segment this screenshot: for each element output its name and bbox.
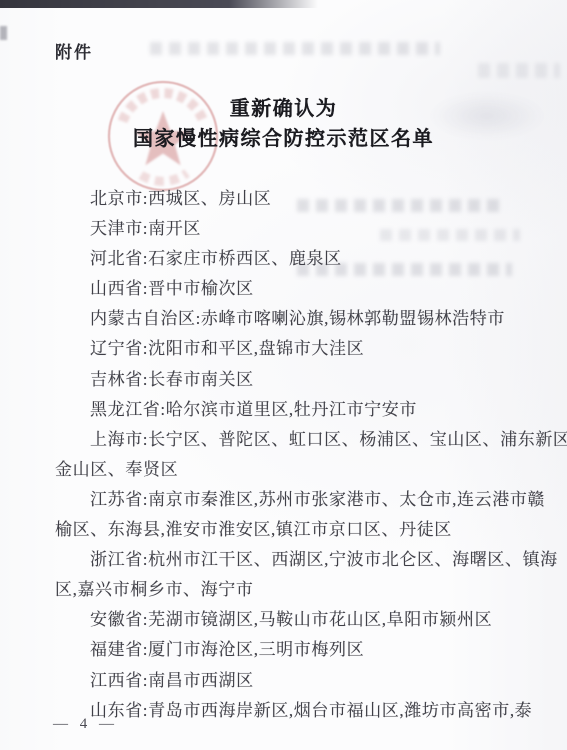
list-line: 天津市:南开区 <box>55 214 515 244</box>
list-line: 浙江省:杭州市江干区、西湖区,宁波市北仑区、海曙区、镇海 <box>55 545 515 575</box>
document-title-line2: 国家慢性病综合防控示范区名单 <box>0 122 567 151</box>
list-line: 北京市:西城区、房山区 <box>55 184 515 214</box>
attachment-label: 附件 <box>55 38 93 63</box>
document-title-line1: 重新确认为 <box>0 92 567 121</box>
list-line-continuation: 榆区、东海县,淮安市淮安区,镇江市京口区、丹徒区 <box>55 515 515 545</box>
list-line: 黑龙江省:哈尔滨市道里区,牡丹江市宁安市 <box>55 395 515 425</box>
list-line-continuation: 金山区、奉贤区 <box>55 455 515 485</box>
bleedthrough-text-artifact <box>150 42 440 55</box>
scanned-document-page: 附件 重新确认为 国家慢性病综合防控示范区名单 北京市:西城区、房山区 天津市:… <box>0 0 567 750</box>
list-line: 江苏省:南京市秦淮区,苏州市张家港市、太仓市,连云港市赣 <box>55 485 515 515</box>
bleedthrough-text-artifact <box>478 63 560 78</box>
list-line: 河北省:石家庄市桥西区、鹿泉区 <box>55 244 515 274</box>
list-line: 安徽省:芜湖市镜湖区,马鞍山市花山区,阜阳市颍州区 <box>55 605 515 635</box>
list-line: 吉林省:长春市南关区 <box>55 365 515 395</box>
list-line: 内蒙古自治区:赤峰市喀喇沁旗,锡林郭勒盟锡林浩特市 <box>55 304 515 334</box>
list-line: 山东省:青岛市西海岸新区,烟台市福山区,潍坊市高密市,泰 <box>55 696 515 726</box>
list-line: 山西省:晋中市榆次区 <box>55 274 515 304</box>
list-line: 上海市:长宁区、普陀区、虹口区、杨浦区、宝山区、浦东新区、 <box>55 425 515 455</box>
page-number: — 4 — <box>53 716 118 733</box>
province-district-list: 北京市:西城区、房山区 天津市:南开区 河北省:石家庄市桥西区、鹿泉区 山西省:… <box>55 184 515 726</box>
list-line: 江西省:南昌市西湖区 <box>55 666 515 696</box>
scan-edge-artifact <box>0 0 318 8</box>
list-line-continuation: 区,嘉兴市桐乡市、海宁市 <box>55 575 515 605</box>
list-line: 福建省:厦门市海沧区,三明市梅列区 <box>55 635 515 665</box>
list-line: 辽宁省:沈阳市和平区,盘锦市大洼区 <box>55 334 515 364</box>
scan-speck-artifact <box>0 26 7 40</box>
